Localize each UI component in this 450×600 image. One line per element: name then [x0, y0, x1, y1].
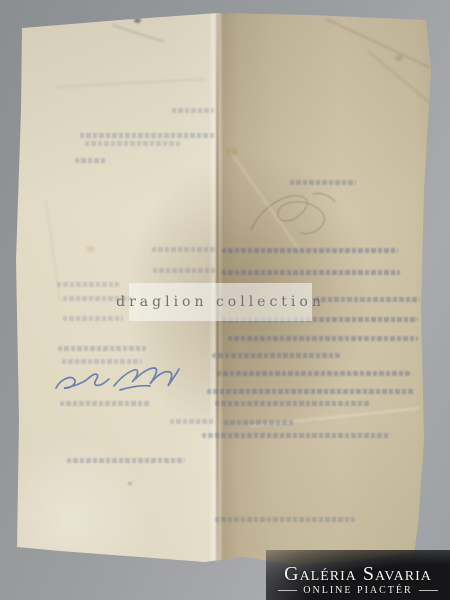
faint-typed-line: [222, 270, 400, 275]
crease: [367, 50, 441, 113]
faint-typed-line: [170, 419, 215, 424]
stain: [226, 148, 238, 156]
badge-title: Galéria Savaria: [284, 564, 432, 584]
faint-typed-line: [153, 268, 215, 273]
handwritten-signature: [50, 360, 182, 402]
pencil-scribble: [243, 186, 347, 244]
faint-typed-line: [172, 108, 214, 113]
stain: [134, 18, 141, 23]
gallery-badge: Galéria Savaria ONLINE PIACTÉR: [266, 550, 450, 600]
crease: [55, 78, 205, 88]
faint-typed-line: [152, 247, 215, 252]
faint-typed-line: [75, 158, 107, 163]
faint-typed-line: [222, 248, 398, 253]
stain: [395, 55, 403, 61]
stain: [86, 246, 95, 252]
faint-typed-line: [228, 336, 418, 341]
faint-typed-line: [315, 297, 420, 302]
faint-typed-line: [63, 316, 123, 321]
faint-typed-line: [290, 180, 356, 185]
badge-subtitle: ONLINE PIACTÉR: [303, 585, 412, 596]
faint-typed-line: [85, 141, 180, 146]
badge-subtitle-row: ONLINE PIACTÉR: [278, 585, 437, 596]
badge-rule-right: [419, 590, 438, 591]
stain: [128, 482, 132, 485]
faint-typed-line: [212, 353, 340, 358]
watermark-label: draglion collection: [116, 294, 325, 310]
faint-typed-line: [80, 133, 215, 138]
faint-typed-line: [57, 282, 119, 287]
photo-background: draglion collection Galéria Savaria ONLI…: [0, 0, 450, 600]
faint-typed-line: [207, 389, 415, 394]
faint-typed-line: [215, 517, 355, 522]
faint-typed-line: [202, 433, 390, 438]
faint-typed-line: [215, 401, 370, 406]
faint-typed-line: [67, 458, 185, 463]
watermark: draglion collection: [129, 283, 312, 321]
badge-rule-left: [278, 590, 297, 591]
faint-typed-line: [58, 346, 146, 351]
faint-typed-line: [224, 420, 294, 425]
faint-typed-line: [217, 371, 410, 376]
crease: [112, 24, 165, 43]
